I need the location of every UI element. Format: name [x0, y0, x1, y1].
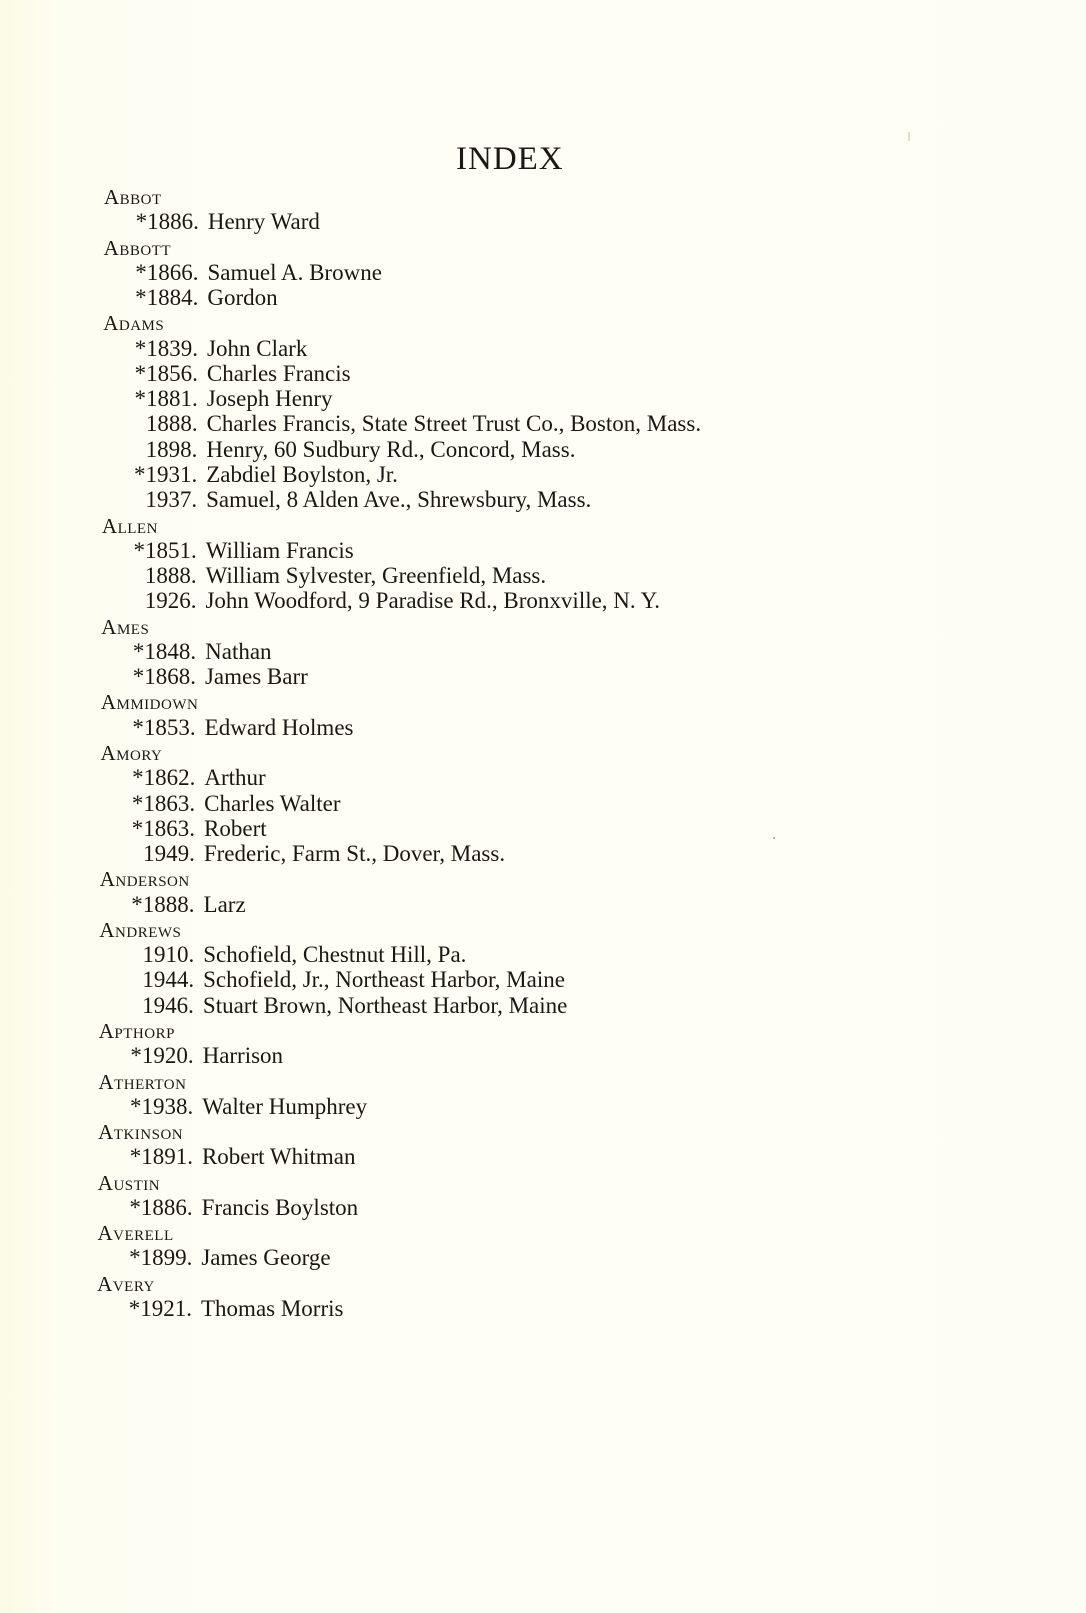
- index-surname-heading: Abbott: [104, 235, 171, 261]
- class-year: *1862.: [100, 765, 204, 791]
- class-year: *1920.: [99, 1043, 203, 1069]
- member-name: Charles Francis: [207, 361, 351, 386]
- surname-label: Abbott: [104, 236, 171, 260]
- surname-label: Averell: [97, 1221, 173, 1245]
- member-name: Robert Whitman: [202, 1144, 356, 1169]
- class-year: *1868.: [101, 664, 205, 690]
- member-name: James George: [201, 1245, 330, 1270]
- surname-label: Allen: [102, 514, 158, 538]
- index-entry: *1863.Charles Walter: [100, 791, 340, 817]
- page-title: INDEX: [456, 141, 564, 178]
- surname-label: Austin: [98, 1171, 160, 1195]
- class-year: 1949.: [100, 841, 204, 867]
- paper-speck: [908, 132, 910, 141]
- class-year: *1863.: [100, 791, 204, 817]
- member-name: Harrison: [203, 1043, 283, 1068]
- member-name: Samuel A. Browne: [208, 260, 382, 285]
- class-year: *1891.: [98, 1144, 202, 1170]
- member-name: Edward Holmes: [205, 715, 354, 740]
- surname-label: Apthorp: [99, 1019, 175, 1043]
- class-year: *1938.: [98, 1094, 202, 1120]
- index-entry: 1926.John Woodford, 9 Paradise Rd., Bron…: [101, 588, 660, 614]
- member-name: Charles Walter: [204, 791, 340, 816]
- member-name: Larz: [204, 892, 246, 917]
- class-year: *1863.: [100, 816, 204, 842]
- class-year: *1853.: [101, 715, 205, 741]
- member-name: Joseph Henry: [207, 386, 333, 411]
- index-surname-heading: Ames: [101, 614, 149, 640]
- index-entry: 1898.Henry, 60 Sudbury Rd., Concord, Mas…: [102, 437, 575, 463]
- index-entry: *1881.Joseph Henry: [103, 386, 333, 412]
- surname-label: Andrews: [99, 918, 181, 942]
- index-entry: *1848.Nathan: [101, 639, 271, 665]
- class-year: *1886.: [98, 1195, 202, 1221]
- index-surname-heading: Apthorp: [99, 1018, 175, 1044]
- class-year: *1884.: [103, 285, 207, 311]
- member-name: Walter Humphrey: [202, 1094, 367, 1119]
- surname-label: Ames: [101, 615, 149, 639]
- index-surname-heading: Andrews: [99, 917, 181, 943]
- index-entry: *1938.Walter Humphrey: [98, 1094, 367, 1120]
- class-year: 1910.: [99, 942, 203, 968]
- surname-label: Amory: [101, 741, 163, 765]
- surname-label: Anderson: [100, 867, 190, 891]
- index-surname-heading: Atherton: [98, 1069, 186, 1095]
- class-year: 1944.: [99, 967, 203, 993]
- member-name: John Clark: [207, 336, 307, 361]
- index-surname-heading: Allen: [102, 513, 158, 539]
- index-entry: *1891.Robert Whitman: [98, 1144, 356, 1170]
- index-surname-heading: Atkinson: [98, 1119, 183, 1145]
- index-entry: 1946.Stuart Brown, Northeast Harbor, Mai…: [99, 993, 567, 1019]
- member-name: Stuart Brown, Northeast Harbor, Maine: [203, 993, 567, 1018]
- index-entry: *1920.Harrison: [99, 1043, 283, 1069]
- index-surname-heading: Avery: [97, 1271, 155, 1297]
- class-year: *1851.: [102, 538, 206, 564]
- member-name: William Francis: [206, 538, 354, 563]
- index-surname-heading: Ammidown: [101, 689, 199, 715]
- class-year: *1839.: [103, 336, 207, 362]
- index-entry: *1851.William Francis: [102, 538, 354, 564]
- class-year: *1931.: [102, 462, 206, 488]
- class-year: *1886.: [104, 209, 208, 235]
- class-year: *1881.: [103, 386, 207, 412]
- class-year: 1898.: [102, 437, 206, 463]
- class-year: 1926.: [101, 588, 205, 614]
- member-name: Francis Boylston: [202, 1195, 359, 1220]
- member-name: James Barr: [205, 664, 308, 689]
- member-name: Gordon: [207, 285, 277, 310]
- index-entry: *1921.Thomas Morris: [97, 1296, 343, 1322]
- member-name: Charles Francis, State Street Trust Co.,…: [207, 411, 702, 436]
- index-entry: 1949.Frederic, Farm St., Dover, Mass.: [100, 841, 505, 867]
- index-entry: *1839.John Clark: [103, 336, 307, 362]
- index-entry: *1886.Henry Ward: [104, 209, 320, 235]
- class-year: 1888.: [102, 563, 206, 589]
- index-entry: 1937.Samuel, 8 Alden Ave., Shrewsbury, M…: [102, 487, 591, 513]
- index-entry: 1910.Schofield, Chestnut Hill, Pa.: [99, 942, 466, 968]
- index-entry: *1868.James Barr: [101, 664, 308, 690]
- class-year: *1888.: [100, 892, 204, 918]
- index-surname-heading: Austin: [98, 1170, 160, 1196]
- surname-label: Atherton: [98, 1070, 186, 1094]
- index-entry: 1888.Charles Francis, State Street Trust…: [103, 411, 702, 437]
- class-year: 1888.: [103, 411, 207, 437]
- index-entry: *1866.Samuel A. Browne: [104, 260, 382, 286]
- index-entry: *1888.Larz: [100, 892, 246, 918]
- index-entry: *1862.Arthur: [100, 765, 265, 791]
- class-year: 1946.: [99, 993, 203, 1019]
- class-year: *1866.: [104, 260, 208, 286]
- member-name: Thomas Morris: [201, 1296, 343, 1321]
- index-entry: 1944.Schofield, Jr., Northeast Harbor, M…: [99, 967, 565, 993]
- member-name: Henry Ward: [208, 209, 320, 234]
- member-name: Nathan: [205, 639, 271, 664]
- index-entry: *1931.Zabdiel Boylston, Jr.: [102, 462, 398, 488]
- class-year: 1937.: [102, 487, 206, 513]
- index-surname-heading: Averell: [97, 1220, 173, 1246]
- index-entry: *1884.Gordon: [103, 285, 277, 311]
- class-year: *1856.: [103, 361, 207, 387]
- index-surname-heading: Anderson: [100, 866, 190, 892]
- member-name: Schofield, Chestnut Hill, Pa.: [203, 942, 466, 967]
- member-name: Robert: [204, 816, 267, 841]
- index-entry: *1856.Charles Francis: [103, 361, 351, 387]
- class-year: *1921.: [97, 1296, 201, 1322]
- class-year: *1899.: [97, 1245, 201, 1271]
- index-entry: *1853.Edward Holmes: [101, 715, 354, 741]
- member-name: Henry, 60 Sudbury Rd., Concord, Mass.: [206, 437, 575, 462]
- member-name: John Woodford, 9 Paradise Rd., Bronxvill…: [205, 588, 660, 613]
- surname-label: Adams: [103, 311, 164, 335]
- surname-label: Atkinson: [98, 1120, 183, 1144]
- document-page: INDEX Abbot*1886.Henry WardAbbott*1866.S…: [0, 0, 1086, 1613]
- member-name: Schofield, Jr., Northeast Harbor, Maine: [203, 967, 565, 992]
- member-name: Arthur: [204, 765, 265, 790]
- index-entry: *1886.Francis Boylston: [98, 1195, 359, 1221]
- member-name: Samuel, 8 Alden Ave., Shrewsbury, Mass.: [206, 487, 591, 512]
- index-surname-heading: Adams: [103, 310, 164, 336]
- index-entry: 1888.William Sylvester, Greenfield, Mass…: [102, 563, 547, 589]
- index-surname-heading: Amory: [101, 740, 163, 766]
- member-name: William Sylvester, Greenfield, Mass.: [206, 563, 547, 588]
- surname-label: Ammidown: [101, 690, 199, 714]
- surname-label: Avery: [97, 1272, 155, 1296]
- surname-label: Abbot: [104, 185, 162, 209]
- member-name: Zabdiel Boylston, Jr.: [206, 462, 398, 487]
- index-entry: *1899.James George: [97, 1245, 330, 1271]
- index-surname-heading: Abbot: [104, 184, 162, 210]
- member-name: Frederic, Farm St., Dover, Mass.: [204, 841, 505, 866]
- index-entry: *1863.Robert: [100, 816, 267, 842]
- class-year: *1848.: [101, 639, 205, 665]
- paper-speck: [773, 837, 775, 839]
